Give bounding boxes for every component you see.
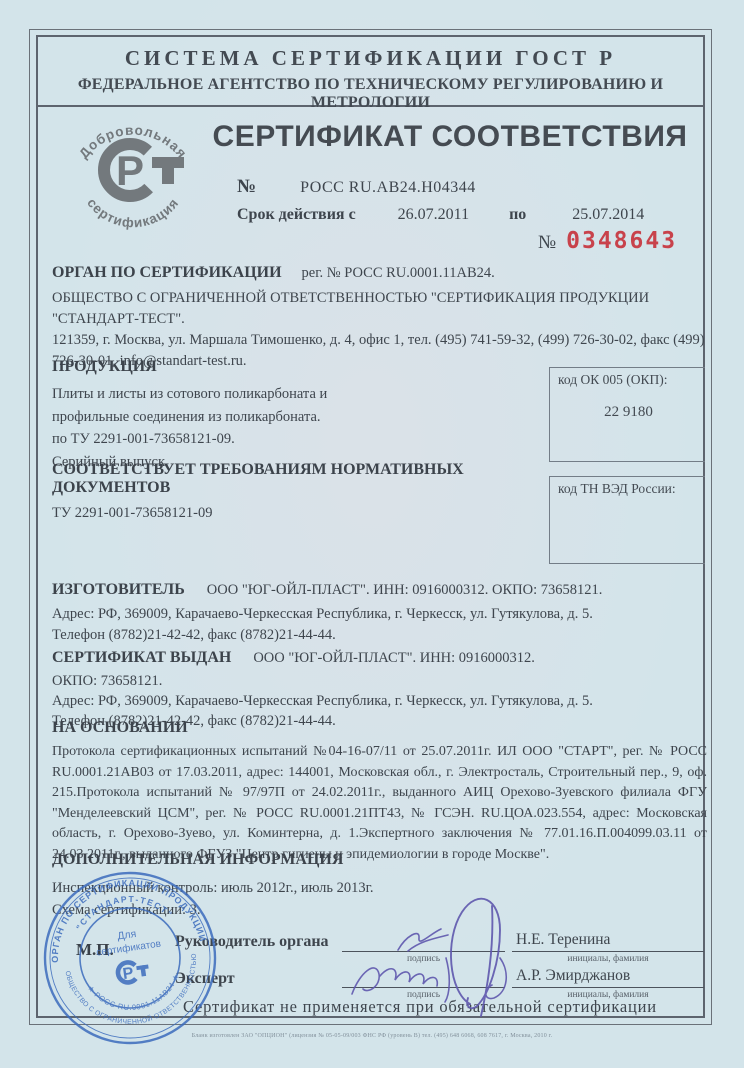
basis-text: Протокола сертификационных испытаний №04… <box>52 742 707 866</box>
manufacturer-name: ООО "ЮГ-ОЙЛ-ПЛАСТ". ИНН: 0916000312. ОКП… <box>207 582 603 599</box>
org-heading: ОРГАН ПО СЕРТИФИКАЦИИ <box>52 264 282 282</box>
product-line: профильные соединения из поликарбоната. <box>52 406 542 429</box>
validity-date-to: 25.07.2014 <box>572 206 644 224</box>
basis-heading: НА ОСНОВАНИИ <box>52 719 188 737</box>
issued-name: ООО "ЮГ-ОЙЛ-ПЛАСТ". ИНН: 0916000312. <box>253 650 535 667</box>
product-section: ПРОДУКЦИЯ Плиты и листы из сотового поли… <box>52 358 542 473</box>
number-sign: № <box>237 176 256 198</box>
head-signature-caption: подпись <box>342 954 505 964</box>
manufacturer-heading: ИЗГОТОВИТЕЛЬ <box>52 581 185 599</box>
product-heading: ПРОДУКЦИЯ <box>52 358 542 376</box>
manufacturer-section: ИЗГОТОВИТЕЛЬ ООО "ЮГ-ОЙЛ-ПЛАСТ". ИНН: 09… <box>52 581 707 646</box>
org-address-line1: 121359, г. Москва, ул. Маршала Тимошенко… <box>52 330 707 351</box>
issued-address: Адрес: РФ, 369009, Карачаево-Черкесская … <box>52 691 707 711</box>
stamp-inner-line1: Для <box>117 928 137 943</box>
conformity-heading: СООТВЕТСТВУЕТ ТРЕБОВАНИЯМ НОРМАТИВНЫХ ДО… <box>52 461 542 497</box>
expert-name-line <box>512 987 704 988</box>
validity-row: Срок действия с 26.07.2011 по 25.07.2014 <box>237 206 644 224</box>
head-name-line <box>512 951 704 952</box>
okp-code-box: код ОК 005 (ОКП): 22 9180 <box>549 367 705 462</box>
validity-date-from: 26.07.2011 <box>398 206 469 224</box>
certificate-title: СЕРТИФИКАТ СООТВЕТСТВИЯ <box>212 120 688 154</box>
head-signature-line <box>342 951 505 952</box>
blank-number: 0348643 <box>566 228 677 254</box>
blank-number-row: № 0348643 <box>538 228 677 254</box>
org-name-line1: ОБЩЕСТВО С ОГРАНИЧЕННОЙ ОТВЕТСТВЕННОСТЬЮ… <box>52 288 707 309</box>
svg-text:Р: Р <box>122 965 135 983</box>
svg-text:Р: Р <box>116 147 144 194</box>
product-line: по ТУ 2291-001-73658121-09. <box>52 428 542 451</box>
agency-title: ФЕДЕРАЛЬНОЕ АГЕНТСТВО ПО ТЕХНИЧЕСКОМУ РЕ… <box>36 76 705 112</box>
okp-label: код ОК 005 (ОКП): <box>558 372 699 388</box>
system-title: СИСТЕМА СЕРТИФИКАЦИИ ГОСТ Р <box>36 46 705 71</box>
product-line: Плиты и листы из сотового поликарбоната … <box>52 383 542 406</box>
validity-po-label: по <box>509 206 526 224</box>
head-name-caption: инициалы, фамилия <box>512 954 704 964</box>
certificate-number: РОСС RU.АВ24.Н04344 <box>300 179 476 197</box>
blank-number-sign: № <box>538 232 556 254</box>
certificate-page: СИСТЕМА СЕРТИФИКАЦИИ ГОСТ Р ФЕДЕРАЛЬНОЕ … <box>0 0 744 1068</box>
manufacturer-address: Адрес: РФ, 369009, Карачаево-Черкесская … <box>52 604 707 625</box>
expert-name: А.Р. Эмирджанов <box>516 967 630 985</box>
blank-maker-fine-print: Бланк изготовлен ЗАО "ОПЦИОН" (лицензия … <box>0 1033 744 1039</box>
org-name-line2: "СТАНДАРТ-ТЕСТ". <box>52 309 707 330</box>
tnved-label: код ТН ВЭД России: <box>558 481 699 497</box>
validity-label: Срок действия с <box>237 206 356 224</box>
expert-signature-line <box>342 987 505 988</box>
org-reg-number: рег. № РОСС RU.0001.11АВ24. <box>302 265 495 282</box>
okp-value: 22 9180 <box>558 404 699 421</box>
issued-heading: СЕРТИФИКАТ ВЫДАН <box>52 649 231 667</box>
issued-okpo: ОКПО: 73658121. <box>52 671 707 691</box>
conformity-document: ТУ 2291-001-73658121-09 <box>52 505 542 522</box>
conformity-section: СООТВЕТСТВУЕТ ТРЕБОВАНИЯМ НОРМАТИВНЫХ ДО… <box>52 461 542 522</box>
manufacturer-phone: Телефон (8782)21-42-42, факс (8782)21-44… <box>52 625 707 646</box>
rst-logo-icon: Добровольная сертификация Р <box>56 108 214 238</box>
certificate-number-row: № РОСС RU.АВ24.Н04344 <box>237 176 476 198</box>
certification-body-section: ОРГАН ПО СЕРТИФИКАЦИИ рег. № РОСС RU.000… <box>52 264 707 372</box>
tnved-code-box: код ТН ВЭД России: <box>549 476 705 564</box>
stamp-rst-mark-icon: Р <box>117 960 150 984</box>
head-name: Н.Е. Теренина <box>516 931 610 949</box>
